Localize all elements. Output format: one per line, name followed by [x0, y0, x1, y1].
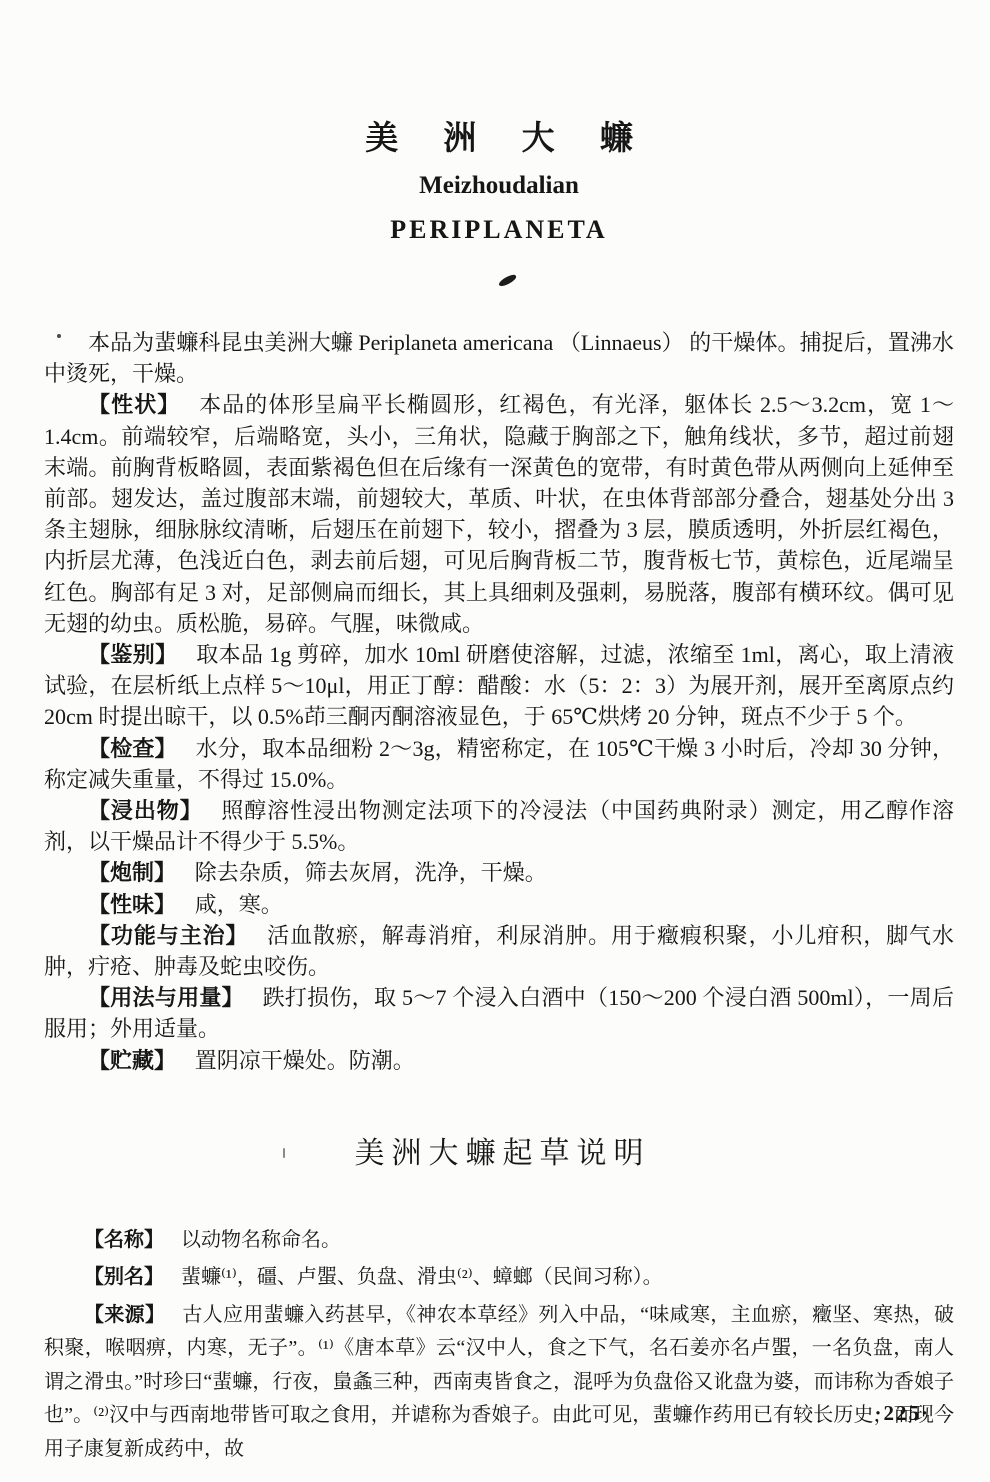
monograph-entry-xingwei: 【性味】咸，寒。	[44, 889, 954, 920]
monograph-entry-jianbie: 【鉴别】取本品 1g 剪碎，加水 10ml 研磨使溶解，过滤，浓缩至 1ml，离…	[44, 639, 954, 733]
entry-text: 以动物名称命名。	[181, 1229, 341, 1251]
notes-entry-mingcheng: 【名称】以动物名称命名。	[44, 1224, 954, 1258]
document-page: 美 洲 大 蠊 Meizhoudalian PERIPLANETA 本品为蜚蠊科…	[0, 0, 990, 1482]
notes-entry-laiyuan: 【来源】古人应用蜚蠊入药甚早，《神农本草经》列入中品，“味咸寒，主血瘀，癥坚、寒…	[44, 1299, 954, 1467]
title-pinyin: Meizhoudalian	[44, 172, 954, 200]
monograph-entry-xingzhuang: 【性状】本品的体形呈扁平长椭圆形，红褐色，有光泽，躯体长 2.5～3.2cm，宽…	[44, 389, 954, 639]
entry-label: 【性状】	[88, 392, 180, 417]
entry-label: 【浸出物】	[88, 798, 203, 823]
entry-label: 【炮制】	[88, 860, 176, 885]
ink-speck	[57, 334, 61, 338]
ink-speck	[939, 600, 942, 603]
entry-text: 咸，寒。	[195, 892, 283, 917]
entry-text: 除去杂质，筛去灰屑，洗净，干燥。	[195, 860, 547, 885]
monograph-entry-paozhi: 【炮制】除去杂质，筛去灰屑，洗净，干燥。	[44, 857, 954, 888]
entry-text: 蜚蠊⁽¹⁾，礓、卢蜰、负盘、滑虫⁽²⁾、蟑螂（民间习称）。	[181, 1266, 663, 1288]
page-content: 美 洲 大 蠊 Meizhoudalian PERIPLANETA 本品为蜚蠊科…	[44, 0, 954, 1470]
page-title: 美 洲 大 蠊	[44, 112, 954, 159]
monograph-entry-gongneng: 【功能与主治】活血散瘀，解毒消疳，利尿消肿。用于癥瘕积聚，小儿疳积，脚气水肿，疔…	[44, 920, 954, 982]
entry-label: 【贮藏】	[88, 1048, 176, 1073]
entry-label: 【用法与用量】	[88, 985, 244, 1010]
entry-text: 水分，取本品细粉 2～3g，精密称定，在 105℃干燥 3 小时后，冷却 30 …	[44, 736, 954, 792]
drafting-notes-heading: 美洲大蠊起草说明	[44, 1128, 954, 1172]
entry-text: 置阴凉干燥处。防潮。	[195, 1048, 415, 1073]
monograph-entry-jinchuwu: 【浸出物】照醇溶性浸出物测定法项下的冷浸法（中国药典附录）测定，用乙醇作溶剂，以…	[44, 795, 954, 857]
notes-entry-bieming: 【别名】蜚蠊⁽¹⁾，礓、卢蜰、负盘、滑虫⁽²⁾、蟑螂（民间习称）。	[44, 1261, 954, 1295]
page-number: ·225·	[874, 1401, 930, 1426]
entry-text: 取本品 1g 剪碎，加水 10ml 研磨使溶解，过滤，浓缩至 1ml，离心，取上…	[44, 642, 954, 729]
monograph-entry-yongfa: 【用法与用量】跌打损伤，取 5～7 个浸入白酒中（150～200 个浸白酒 50…	[44, 982, 954, 1044]
entry-label: 【鉴别】	[88, 642, 178, 667]
entry-label: 【别名】	[84, 1266, 164, 1288]
entry-label: 【性味】	[88, 892, 176, 917]
entry-label: 【检查】	[88, 736, 177, 761]
drafting-notes-body: 【名称】以动物名称命名。 【别名】蜚蠊⁽¹⁾，礓、卢蜰、负盘、滑虫⁽²⁾、蟑螂（…	[44, 1224, 954, 1467]
entry-label: 【功能与主治】	[88, 923, 248, 948]
title-latin: PERIPLANETA	[44, 215, 954, 245]
entry-label: 【来源】	[84, 1304, 165, 1326]
entry-text: 本品的体形呈扁平长椭圆形，红褐色，有光泽，躯体长 2.5～3.2cm，宽 1～1…	[44, 392, 954, 635]
monograph-body: 本品为蜚蠊科昆虫美洲大蠊 Periplaneta americana （Linn…	[44, 327, 954, 1076]
entry-label: 【名称】	[84, 1229, 164, 1251]
monograph-entry-jiancha: 【检查】水分，取本品细粉 2～3g，精密称定，在 105℃干燥 3 小时后，冷却…	[44, 733, 954, 795]
ink-speck	[283, 1148, 285, 1158]
monograph-entry-zhucang: 【贮藏】置阴凉干燥处。防潮。	[44, 1045, 954, 1076]
intro-paragraph: 本品为蜚蠊科昆虫美洲大蠊 Periplaneta americana （Linn…	[44, 327, 954, 389]
entry-text: 古人应用蜚蠊入药甚早，《神农本草经》列入中品，“味咸寒，主血瘀，癥坚、寒热，破积…	[44, 1304, 954, 1460]
